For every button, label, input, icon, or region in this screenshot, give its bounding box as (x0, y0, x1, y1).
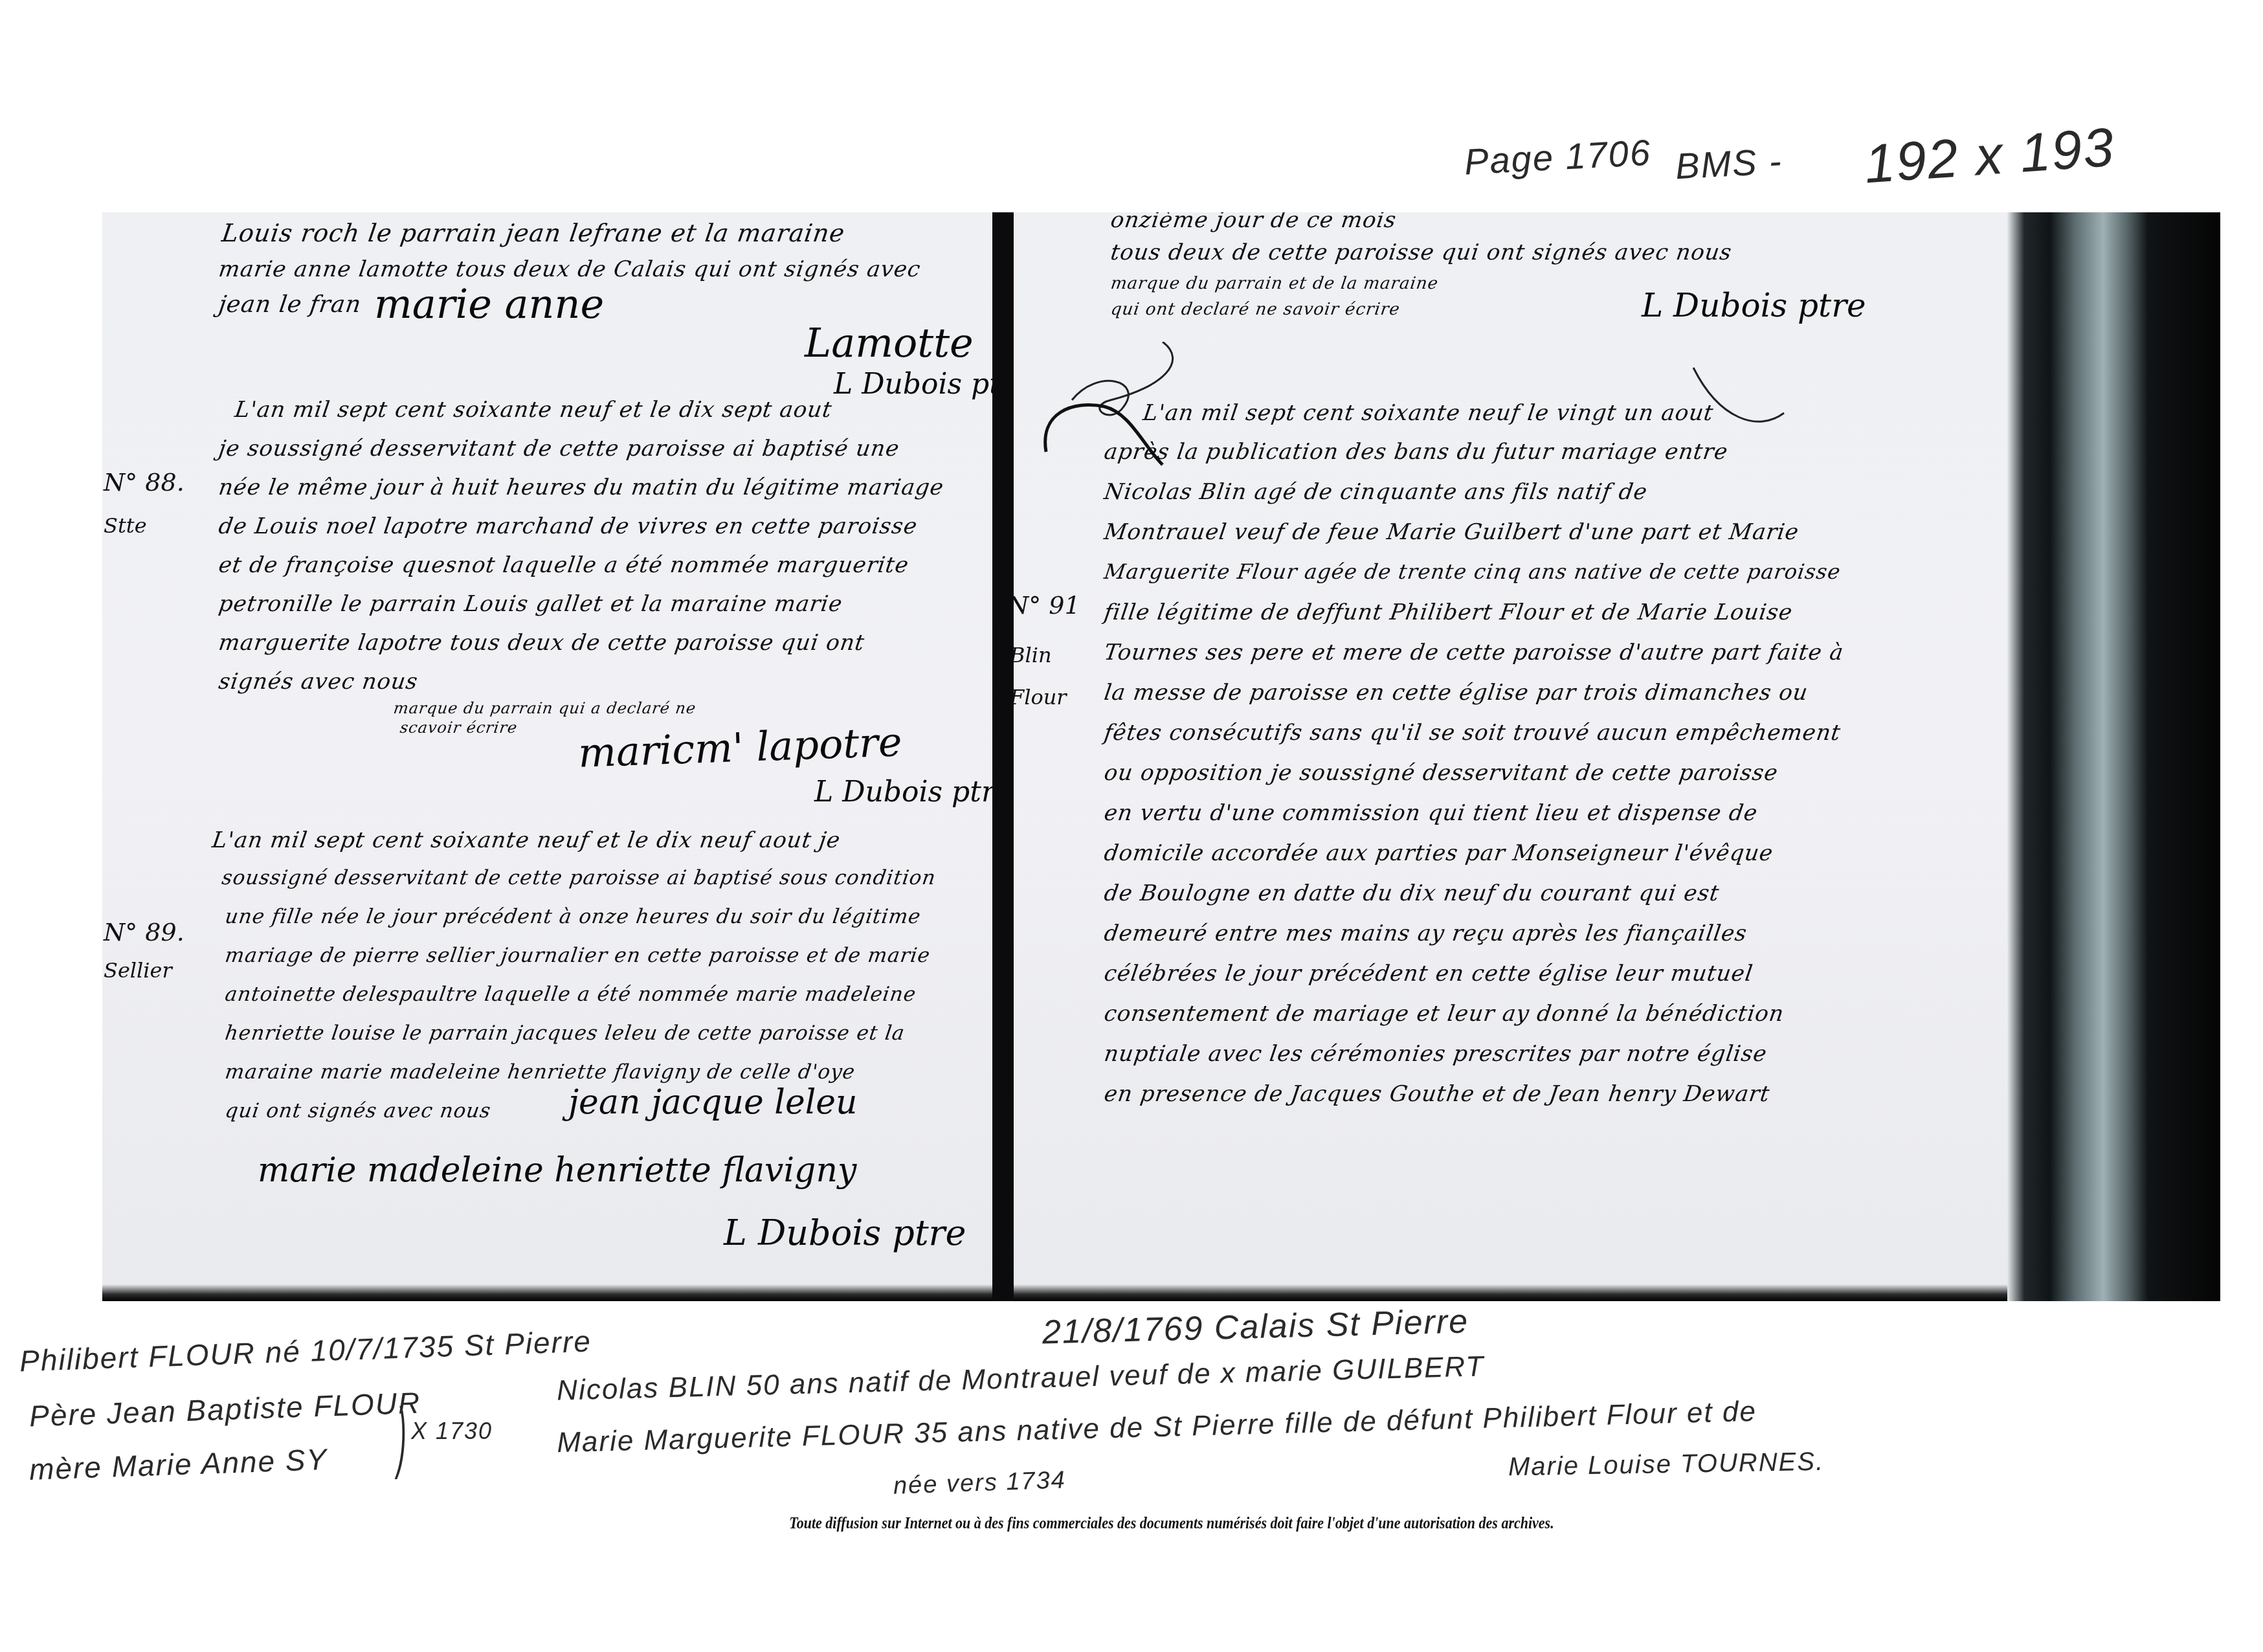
margin-entry-number-89: N° 89. (104, 918, 184, 946)
signature-maricm-lapotre: maricm' lapotre (577, 718, 903, 776)
margin-entry-name-blin: Blin (1014, 643, 1052, 667)
entry-89-line: mariage de pierre sellier journalier en … (223, 944, 931, 967)
right-page: onzième jour de ce mois tous deux de cet… (1014, 212, 2007, 1301)
signature-lamotte: Lamotte (805, 319, 974, 366)
right-page-line: tous deux de cette paroisse qui ont sign… (1109, 240, 1733, 265)
left-page-line: marie anne lamotte tous deux de Calais q… (217, 256, 922, 282)
archive-usage-disclaimer: Toute diffusion sur Internet ou à des fi… (686, 1513, 1657, 1533)
margin-entry-number-91: N° 91 (1014, 591, 1080, 619)
entry-91-line: consentement de mariage et leur ay donné… (1102, 1001, 1786, 1027)
entry-91-line: domicile accordée aux parties par Monsei… (1102, 840, 1775, 866)
annotation-father: Père Jean Baptiste FLOUR (28, 1385, 421, 1433)
page-reference-annotation: Page 1706 (1463, 131, 1652, 183)
signature-flavigny: marie madeleine henriette flavigny (258, 1151, 856, 1190)
annotation-parents-marriage-year: X 1730 (411, 1418, 493, 1445)
entry-91-line: fêtes consécutifs sans qu'il se soit tro… (1102, 720, 1842, 746)
signature-marie-anne: marie anne (374, 280, 604, 328)
entry-91-line: fille légitime de deffunt Philibert Flou… (1102, 599, 1794, 625)
entry-89-line: soussigné desservitant de cette paroisse… (220, 866, 937, 889)
entry-88-note: scavoir écrire (399, 719, 518, 737)
entry-88-line: signés avec nous (217, 669, 419, 695)
annotation-bracket: ) (397, 1392, 407, 1481)
entry-91-line: de Boulogne en datte du dix neuf du cour… (1102, 880, 1721, 906)
entry-91-line: après la publication des bans du futur m… (1102, 439, 1730, 465)
entry-91-line: Marguerite Flour agée de trente cinq ans… (1102, 559, 1842, 584)
entry-88-line: petronille le parrain Louis gallet et la… (217, 591, 844, 617)
right-page-line: onzième jour de ce mois (1109, 212, 1398, 233)
entry-91-line: en presence de Jacques Gouthe et de Jean… (1102, 1081, 1772, 1107)
entry-89-line: qui ont signés avec nous (223, 1099, 492, 1122)
entry-91-line: la messe de paroisse en cette église par… (1102, 680, 1810, 706)
right-page-line: marque du parrain et de la maraine (1109, 274, 1440, 293)
entry-89-line: L'an mil sept cent soixante neuf et le d… (210, 827, 842, 853)
signature-cure-dubois: L Dubois ptre (1642, 287, 1866, 324)
left-page: Louis roch le parrain jean lefrane et la… (102, 212, 992, 1301)
annotation-bride: Marie Marguerite FLOUR 35 ans native de … (557, 1396, 1757, 1460)
signature-cure-dubois: L Dubois ptre (724, 1212, 966, 1253)
entry-88-line: je soussigné desservitant de cette paroi… (217, 436, 901, 462)
entry-91-line: Tournes ses pere et mere de cette parois… (1102, 640, 1845, 665)
entry-91-line: nuptiale avec les cérémonies prescrites … (1102, 1041, 1768, 1067)
annotation-marriage-date-place: 21/8/1769 Calais St Pierre (1042, 1302, 1469, 1352)
entry-91-line: demeuré entre mes mains ay reçu après le… (1102, 921, 1748, 946)
entry-89-line: maraine marie madeleine henriette flavig… (223, 1060, 856, 1084)
signature-jean-jacque-leleu: jean jacque leleu (568, 1083, 858, 1122)
book-binding-edge (2007, 212, 2220, 1301)
register-scan: Louis roch le parrain jean lefrane et la… (102, 212, 2220, 1301)
book-gutter (992, 212, 1014, 1301)
folio-numbers-annotation: 192 x 193 (1862, 116, 2117, 196)
margin-entry-name-flour: Flour (1014, 685, 1067, 709)
entry-88-note: marque du parrain qui a declaré ne (392, 699, 697, 717)
annotation-bride-mother: Marie Louise TOURNES. (1508, 1447, 1825, 1482)
entry-88-line: marguerite lapotre tous deux de cette pa… (217, 630, 866, 656)
entry-88-line: L'an mil sept cent soixante neuf et le d… (233, 397, 834, 423)
page-edge-shadow (1014, 1284, 2007, 1301)
signature-cure-dubois: L Dubois ptre (834, 368, 992, 401)
margin-entry-name-88: Stte (104, 513, 147, 538)
page-edge-shadow (102, 1284, 992, 1301)
annotation-groom: Nicolas BLIN 50 ans natif de Montrauel v… (557, 1350, 1485, 1407)
entry-88-line: née le même jour à huit heures du matin … (217, 474, 945, 500)
entry-91-line: Nicolas Blin agé de cinquante ans fils n… (1102, 479, 1649, 505)
entry-89-line: henriette louise le parrain jacques lele… (223, 1021, 906, 1045)
entry-91-line: ou opposition je soussigné desservitant … (1102, 760, 1779, 786)
entry-89-line: une fille née le jour précédent à onze h… (223, 905, 922, 928)
annotation-philibert-flour: Philibert FLOUR né 10/7/1735 St Pierre (19, 1324, 592, 1379)
annotation-bride-birth: née vers 1734 (893, 1466, 1066, 1500)
entry-91-line: Montrauel veuf de feue Marie Guilbert d'… (1102, 519, 1801, 545)
annotation-mother: mère Marie Anne SY (28, 1442, 328, 1487)
signature-cure-dubois: L Dubois ptre (814, 776, 992, 809)
margin-entry-name-89: Sellier (104, 958, 172, 983)
entry-88-line: de Louis noel lapotre marchand de vivres… (217, 513, 919, 539)
margin-entry-number-88: N° 88. (104, 468, 184, 497)
left-page-line: Louis roch le parrain jean lefrane et la… (220, 219, 847, 247)
entry-89-line: antoinette delespaultre laquelle a été n… (223, 983, 917, 1006)
left-page-line: jean le fran (217, 291, 363, 318)
entry-88-line: et de françoise quesnot laquelle a été n… (217, 552, 910, 578)
entry-91-line: célébrées le jour précédent en cette égl… (1102, 961, 1755, 987)
register-code-annotation: BMS - (1674, 140, 1783, 188)
right-page-line: qui ont declaré ne savoir écrire (1109, 300, 1401, 319)
entry-91-line: L'an mil sept cent soixante neuf le ving… (1141, 400, 1715, 426)
entry-91-line: en vertu d'une commission qui tient lieu… (1102, 800, 1759, 826)
